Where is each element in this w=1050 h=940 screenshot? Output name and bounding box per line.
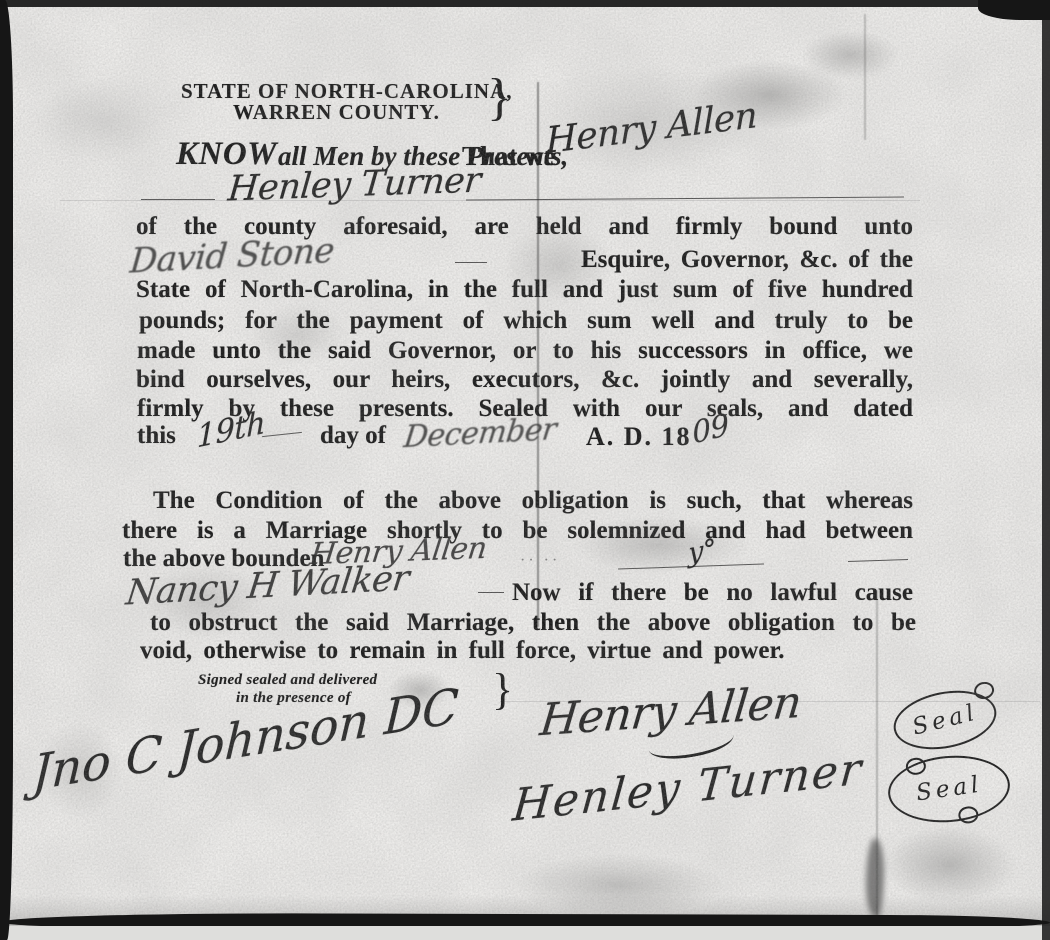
- seal-loop: [973, 680, 996, 701]
- paper-edge-corner: [978, 0, 1050, 20]
- ink-smudge: [866, 838, 884, 918]
- header-county-line: WARREN COUNTY.: [233, 100, 440, 125]
- seal-loop: [958, 806, 979, 825]
- obligation-line-3: State of North-Carolina, in the full and…: [136, 275, 913, 304]
- condition-line-5: to obstruct the said Marriage, then the …: [150, 608, 916, 637]
- handwritten-year: 09: [691, 407, 731, 451]
- obligation-line-4: pounds; for the payment of which sum wel…: [139, 306, 913, 335]
- condition-line-1: The Condition of the above obligation is…: [125, 486, 913, 515]
- date-ad-18: A. D. 18: [586, 422, 692, 452]
- seal-scrawl-1: Seal: [889, 683, 1002, 758]
- blank-rule: [141, 199, 215, 200]
- signature-1: Henry Allen: [538, 677, 804, 747]
- condition-line-6: void, otherwise to remain in full force,…: [140, 637, 785, 665]
- obligation-line-5: made unto the said Governor, or to his s…: [137, 336, 913, 365]
- obligation-line-6: bind ourselves, our heirs, executors, &c…: [136, 365, 913, 394]
- blank-rule: [478, 592, 504, 593]
- handwritten-principal-2: Henley Turner: [226, 161, 482, 210]
- header-brace: }: [487, 68, 512, 127]
- handwritten-month: December: [402, 412, 558, 455]
- paper-edge-bottom: [0, 913, 1050, 932]
- paper-edge-right: [1042, 0, 1050, 940]
- scanner-bed: [0, 926, 1050, 940]
- faded-ink-dots: ·· ··: [520, 552, 560, 570]
- blank-rule: [848, 559, 908, 562]
- signature-2: Henley Turner: [511, 743, 865, 832]
- attestation-line-1: Signed sealed and delivered: [198, 672, 377, 689]
- condition-line-2: there is a Marriage shortly to be solemn…: [122, 516, 913, 545]
- blank-rule: [466, 196, 904, 200]
- condition-line-4: Now if there be no lawful cause: [512, 578, 913, 607]
- handwritten-principal-1: Henry Allen: [545, 95, 757, 162]
- date-day-of: day of: [320, 422, 386, 450]
- blank-rule: [455, 262, 487, 263]
- seal-text: Seal: [910, 699, 981, 740]
- blank-rule: [262, 432, 302, 437]
- attestation-brace: }: [492, 664, 513, 715]
- fold-crease-right: [876, 590, 878, 920]
- paper-edge-left: [0, 0, 13, 940]
- fold-crease-top-right: [864, 14, 866, 140]
- seal-scrawl-2: Seal: [885, 751, 1012, 827]
- seal-text: Seal: [914, 772, 983, 807]
- paper-edge-top: [0, 0, 1050, 7]
- seal-loop: [905, 757, 926, 776]
- date-this: this: [137, 422, 176, 450]
- marriage-bond-document-scan: STATE OF NORTH-CAROLINA, WARREN COUNTY. …: [0, 0, 1050, 940]
- obligation-line-2: Esquire, Governor, &c. of the: [581, 245, 913, 274]
- handwritten-flourish: y°: [688, 533, 715, 569]
